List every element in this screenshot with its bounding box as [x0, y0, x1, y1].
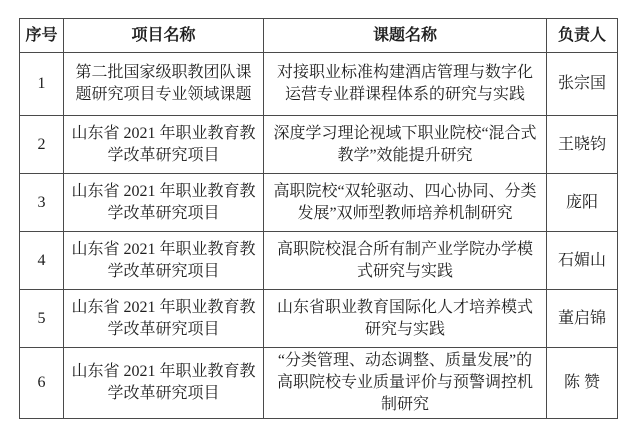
cell-project: 山东省 2021 年职业教育教 学改革研究项目: [64, 116, 264, 174]
cell-leader: 庞阳: [547, 174, 618, 232]
cell-project: 第二批国家级职教团队课 题研究项目专业领域课题: [64, 53, 264, 116]
column-header-no: 序号: [20, 19, 64, 53]
table-row: 4山东省 2021 年职业教育教 学改革研究项目高职院校混合所有制产业学院办学模…: [20, 232, 618, 290]
cell-topic: 山东省职业教育国际化人才培养模式 研究与实践: [264, 290, 547, 348]
cell-topic: 高职院校混合所有制产业学院办学模 式研究与实践: [264, 232, 547, 290]
cell-no: 6: [20, 348, 64, 419]
cell-topic: 深度学习理论视域下职业院校“混合式 教学”效能提升研究: [264, 116, 547, 174]
document-page: 序号 项目名称 课题名称 负责人 1第二批国家级职教团队课 题研究项目专业领域课…: [0, 0, 638, 430]
table-body: 1第二批国家级职教团队课 题研究项目专业领域课题对接职业标准构建酒店管理与数字化…: [20, 53, 618, 419]
cell-leader: 陈 赞: [547, 348, 618, 419]
table-row: 6山东省 2021 年职业教育教 学改革研究项目“分类管理、动态调整、质量发展”…: [20, 348, 618, 419]
cell-topic: “分类管理、动态调整、质量发展”的 高职院校专业质量评价与预警调控机 制研究: [264, 348, 547, 419]
cell-project: 山东省 2021 年职业教育教 学改革研究项目: [64, 174, 264, 232]
cell-leader: 王晓钧: [547, 116, 618, 174]
table-row: 5山东省 2021 年职业教育教 学改革研究项目山东省职业教育国际化人才培养模式…: [20, 290, 618, 348]
cell-no: 1: [20, 53, 64, 116]
cell-project: 山东省 2021 年职业教育教 学改革研究项目: [64, 348, 264, 419]
table-row: 2山东省 2021 年职业教育教 学改革研究项目深度学习理论视域下职业院校“混合…: [20, 116, 618, 174]
table-row: 3山东省 2021 年职业教育教 学改革研究项目高职院校“双轮驱动、四心协同、分…: [20, 174, 618, 232]
table-row: 1第二批国家级职教团队课 题研究项目专业领域课题对接职业标准构建酒店管理与数字化…: [20, 53, 618, 116]
column-header-leader: 负责人: [547, 19, 618, 53]
column-header-project: 项目名称: [64, 19, 264, 53]
column-header-topic: 课题名称: [264, 19, 547, 53]
cell-no: 5: [20, 290, 64, 348]
cell-leader: 张宗国: [547, 53, 618, 116]
cell-no: 4: [20, 232, 64, 290]
cell-no: 2: [20, 116, 64, 174]
cell-leader: 石媚山: [547, 232, 618, 290]
cell-topic: 对接职业标准构建酒店管理与数字化 运营专业群课程体系的研究与实践: [264, 53, 547, 116]
cell-leader: 董启锦: [547, 290, 618, 348]
cell-no: 3: [20, 174, 64, 232]
cell-project: 山东省 2021 年职业教育教 学改革研究项目: [64, 290, 264, 348]
table-header-row: 序号 项目名称 课题名称 负责人: [20, 19, 618, 53]
cell-topic: 高职院校“双轮驱动、四心协同、分类 发展”双师型教师培养机制研究: [264, 174, 547, 232]
research-projects-table: 序号 项目名称 课题名称 负责人 1第二批国家级职教团队课 题研究项目专业领域课…: [19, 18, 618, 419]
cell-project: 山东省 2021 年职业教育教 学改革研究项目: [64, 232, 264, 290]
